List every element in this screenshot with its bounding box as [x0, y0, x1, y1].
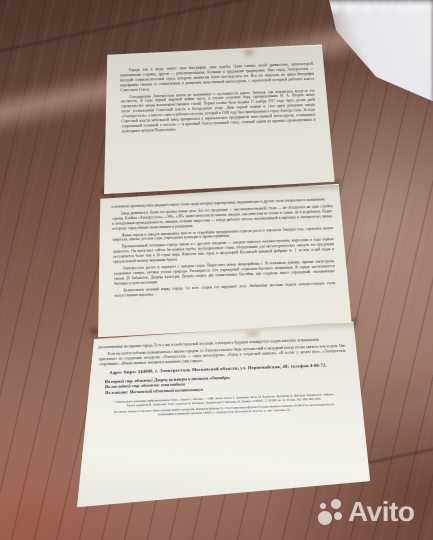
- avito-logo-icon: [318, 496, 345, 528]
- paragraph: Сегодняшняя Электросталь ничем не напоми…: [121, 88, 316, 134]
- photo-scene: Города, как и люди, имеют свои биографии…: [0, 0, 433, 540]
- lace-scalloped-edge: [325, 0, 433, 12]
- folded-booklet: Города, как и люди, имеют свои биографии…: [50, 32, 396, 521]
- paper-stain: [241, 48, 257, 58]
- avito-wordmark: Avito: [348, 496, 414, 528]
- paper-stain: [243, 329, 263, 340]
- booklet-panel-bottom: расположенные на окраине города. Есть у …: [71, 321, 371, 507]
- avito-watermark: Avito: [318, 489, 433, 535]
- booklet-panel-top: Города, как и люди, имеют свои биографии…: [99, 44, 335, 194]
- colophon: © Центральное рекламно-информационное бю…: [109, 392, 339, 418]
- booklet-panel-middle: освоенным производством двадцати марок с…: [93, 184, 352, 338]
